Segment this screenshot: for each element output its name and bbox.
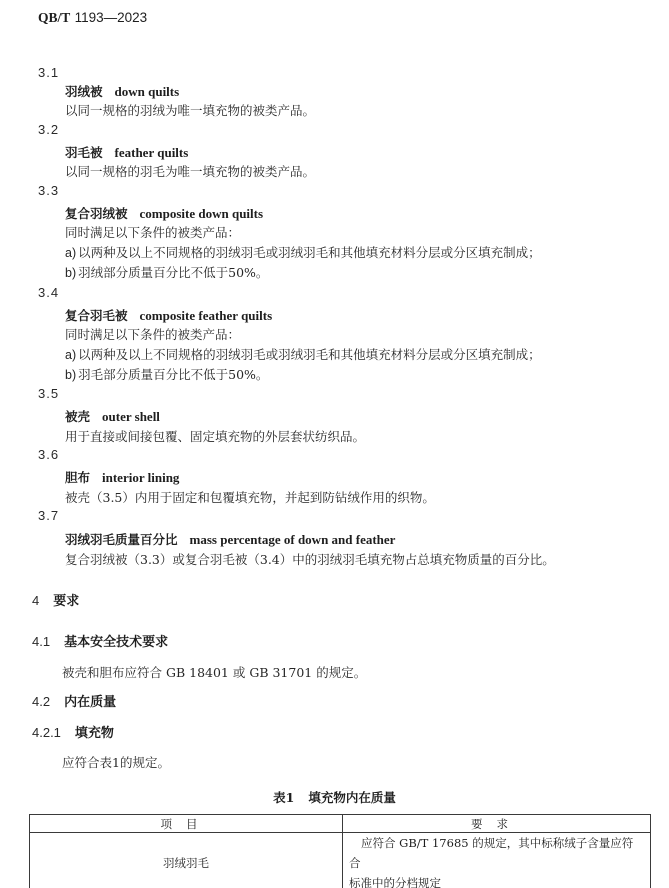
term-definition: 以同一规格的羽毛为唯一填充物的被类产品。 [65, 162, 315, 180]
term-heading: 羽绒羽毛质量百分比mass percentage of down and fea… [65, 530, 395, 548]
clause-number: 3.4 [38, 285, 59, 300]
subsection-title: 基本安全技术要求 [64, 635, 168, 650]
term-zh: 复合羽毛被 [65, 308, 128, 323]
term-en: composite down quilts [140, 206, 264, 221]
clause-number: 3.3 [38, 183, 59, 198]
list-text: 羽绒部分质量百分比不低于50%。 [78, 265, 268, 280]
term-heading: 胆布interior lining [65, 468, 179, 486]
term-zh: 羽毛被 [65, 145, 103, 160]
term-heading: 羽毛被feather quilts [65, 143, 188, 161]
column-header-requirement: 要求 [343, 815, 651, 833]
list-item: a)以两种及以上不同规格的羽绒羽毛或羽绒羽毛和其他填充材料分层或分区填充制成； [65, 345, 541, 363]
requirement-line: 应符合 GB/T 17685 的规定，其中标称绒子含量应符合 [349, 833, 644, 873]
list-item: a)以两种及以上不同规格的羽绒羽毛或羽绒羽毛和其他填充材料分层或分区填充制成； [65, 243, 541, 261]
term-definition: 以同一规格的羽绒为唯一填充物的被类产品。 [65, 101, 315, 119]
term-zh: 被壳 [65, 409, 90, 424]
term-zh: 复合羽绒被 [65, 206, 128, 221]
subsection-number: 4.2 [32, 694, 50, 709]
list-text: 羽毛部分质量百分比不低于50%。 [78, 367, 268, 382]
paragraph-text: 应符合表1的规定。 [62, 755, 170, 770]
standard-code: QB/T 1193—2023 [38, 10, 147, 26]
list-marker: b) [65, 266, 76, 280]
term-zh: 胆布 [65, 470, 90, 485]
list-marker: b) [65, 368, 76, 382]
subsection-title: 填充物 [75, 726, 114, 741]
term-en: composite feather quilts [140, 308, 273, 323]
clause-number: 3.2 [38, 122, 59, 137]
term-definition: 用于直接或间接包覆、固定填充物的外层套状纺织品。 [65, 427, 365, 445]
term-definition: 复合羽绒被（3.3）或复合羽毛被（3.4）中的羽绒羽毛填充物占总填充物质量的百分… [65, 550, 555, 568]
table-caption-number: 表1 [273, 790, 294, 805]
paragraph: 应符合表1的规定。 [62, 753, 170, 771]
table-caption: 表1填充物内在质量 [0, 788, 669, 806]
list-marker: a) [65, 246, 76, 260]
term-heading: 被壳outer shell [65, 407, 160, 425]
subsection-number: 4.1 [32, 634, 50, 649]
term-en: outer shell [102, 409, 160, 424]
section-title: 要求 [53, 594, 79, 609]
term-en: feather quilts [115, 145, 189, 160]
term-zh: 羽绒羽毛质量百分比 [65, 532, 178, 547]
clause-number: 3.6 [38, 447, 59, 462]
term-heading: 复合羽毛被composite feather quilts [65, 306, 272, 324]
list-text: 以两种及以上不同规格的羽绒羽毛或羽绒羽毛和其他填充材料分层或分区填充制成； [78, 245, 541, 260]
list-marker: a) [65, 348, 76, 362]
paragraph: 被壳和胆布应符合 GB 18401 或 GB 31701 的规定。 [62, 663, 366, 681]
clause-number: 3.7 [38, 508, 59, 523]
term-definition: 被壳（3.5）内用于固定和包覆填充物，并起到防钻绒作用的织物。 [65, 488, 435, 506]
subsection-title: 内在质量 [64, 695, 116, 710]
subsection-number: 4.2.1 [32, 725, 61, 740]
requirement-line: 标准中的分档规定 [349, 873, 644, 888]
section-number: 4 [32, 593, 39, 608]
list-text: 以两种及以上不同规格的羽绒羽毛或羽绒羽毛和其他填充材料分层或分区填充制成； [78, 347, 541, 362]
term-zh: 羽绒被 [65, 84, 103, 99]
term-en: mass percentage of down and feather [190, 532, 396, 547]
term-heading: 羽绒被down quilts [65, 82, 179, 100]
term-definition: 同时满足以下条件的被类产品： [65, 223, 240, 241]
column-header-item: 项目 [30, 815, 343, 833]
standard-prefix: QB/T [38, 10, 70, 25]
term-definition: 同时满足以下条件的被类产品： [65, 325, 240, 343]
table-row: 羽绒羽毛 应符合 GB/T 17685 的规定，其中标称绒子含量应符合标准中的分… [30, 833, 651, 888]
fill-quality-table: 项目 要求 羽绒羽毛 应符合 GB/T 17685 的规定，其中标称绒子含量应符… [29, 814, 651, 888]
clause-number: 3.1 [38, 65, 59, 80]
paragraph-text: 被壳和胆布应符合 GB 18401 或 GB 31701 的规定。 [62, 665, 366, 680]
term-en: down quilts [115, 84, 180, 99]
table-caption-title: 填充物内在质量 [308, 790, 396, 805]
section-heading: 4要求 [32, 590, 79, 609]
list-item: b)羽绒部分质量百分比不低于50%。 [65, 263, 268, 281]
term-heading: 复合羽绒被composite down quilts [65, 204, 263, 222]
subsection-heading: 4.2内在质量 [32, 691, 116, 710]
term-en: interior lining [102, 470, 179, 485]
standard-number: 1193—2023 [75, 10, 148, 25]
table-header-row: 项目 要求 [30, 815, 651, 833]
table-cell-requirement: 应符合 GB/T 17685 的规定，其中标称绒子含量应符合标准中的分档规定 [343, 833, 651, 888]
table-cell-item: 羽绒羽毛 [30, 833, 343, 888]
subsection-heading: 4.1基本安全技术要求 [32, 631, 168, 650]
clause-number: 3.5 [38, 386, 59, 401]
subsection-heading: 4.2.1填充物 [32, 722, 114, 741]
list-item: b)羽毛部分质量百分比不低于50%。 [65, 365, 268, 383]
